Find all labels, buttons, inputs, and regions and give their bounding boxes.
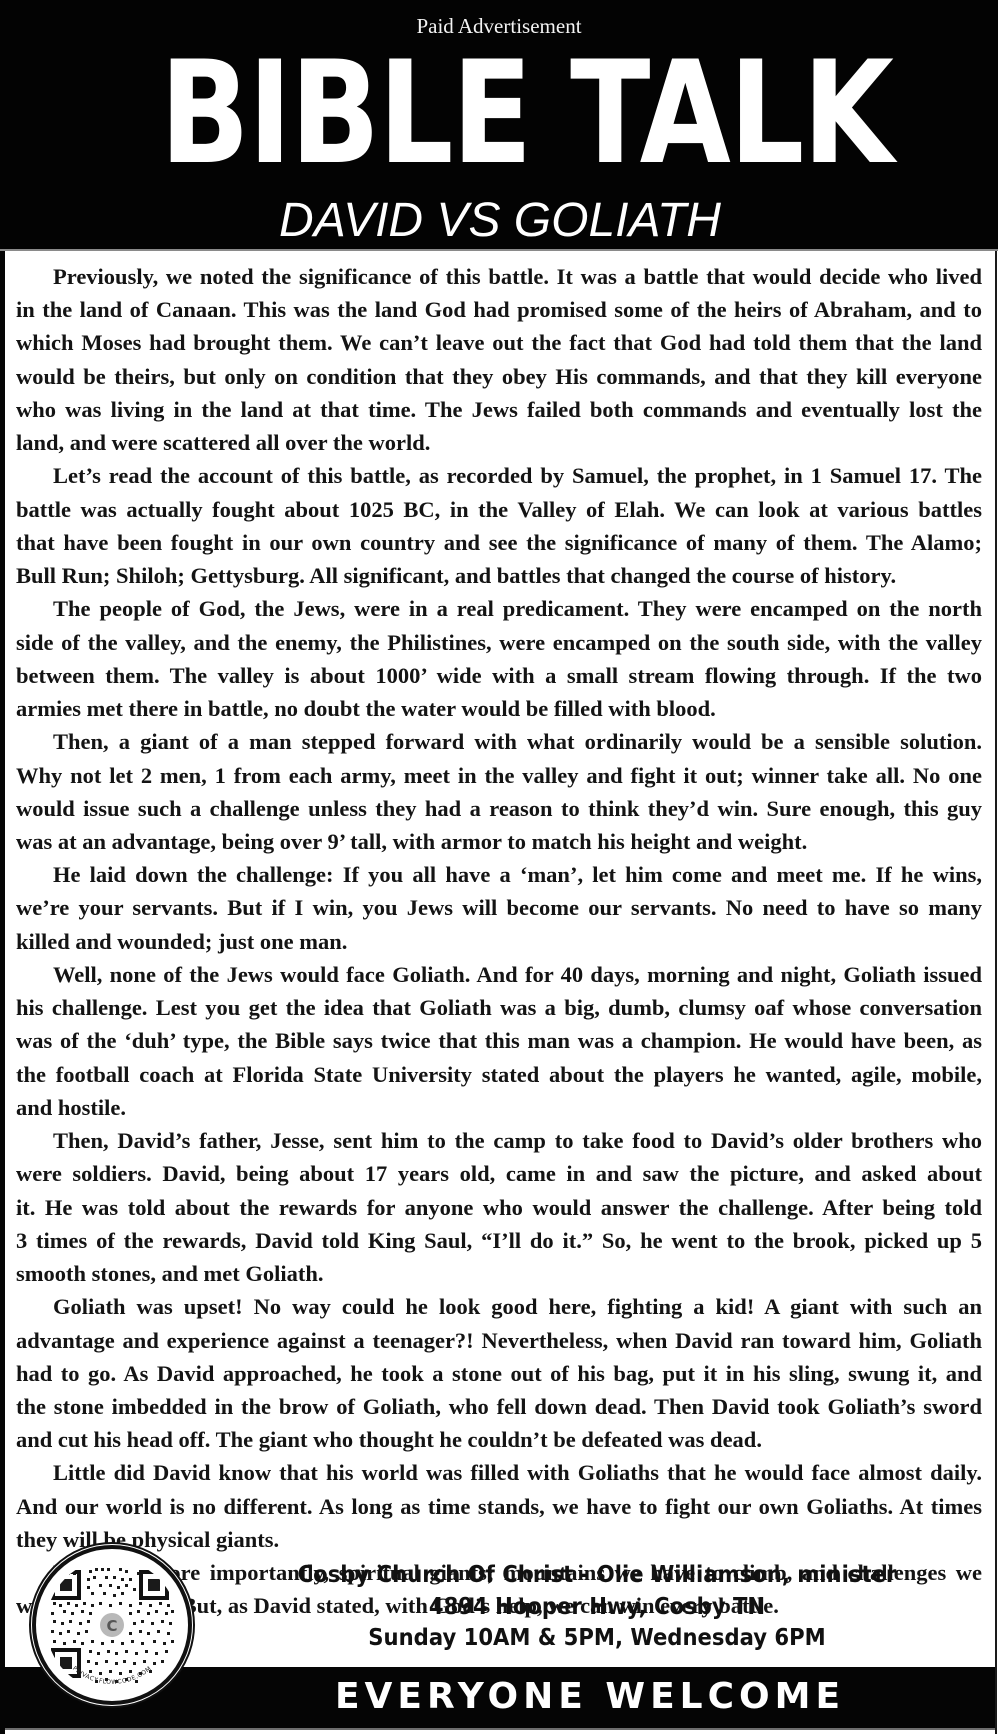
text-line: Bull Run; Shiloh; Gettysburg. All signif… [16, 559, 982, 592]
article-subtitle: DAVID VS GOLIATH [200, 196, 800, 246]
text-line: Little did David know that his world was… [16, 1456, 982, 1489]
text-line: that have been fought in our own country… [16, 526, 982, 559]
text-line: his challenge. Lest you get the idea tha… [16, 991, 982, 1024]
text-line: Let’s read the account of this battle, a… [16, 459, 982, 492]
text-line: and hostile. [16, 1091, 982, 1124]
text-line: armies met there in battle, no doubt the… [16, 692, 982, 725]
text-line: which Moses had brought them. We can’t l… [16, 326, 982, 359]
right-border [995, 0, 1000, 1734]
text-line: land, and were scattered all over the wo… [16, 426, 982, 459]
text-line: and cut his head off. The giant who thou… [16, 1423, 982, 1456]
page-title: BIBLE TALK [160, 44, 842, 184]
article-body: Previously, we noted the significance of… [16, 260, 982, 1623]
text-line: Previously, we noted the significance of… [16, 260, 982, 293]
text-line: The people of God, the Jews, were in a r… [16, 592, 982, 625]
text-line: Well, none of the Jews would face Goliat… [16, 958, 982, 991]
text-line: between them. The valley is about 1000’ … [16, 659, 982, 692]
text-line: the football coach at Florida State Univ… [16, 1058, 982, 1091]
text-line: was of the ‘duh’ type, the Bible says tw… [16, 1024, 982, 1057]
left-border [0, 0, 5, 1734]
text-line: who was living in the land at that time.… [16, 393, 982, 426]
service-times: Sunday 10AM & 5PM, Wednesday 6PM [259, 1623, 934, 1655]
text-line: killed and wounded; just one man. [16, 925, 982, 958]
masthead: Paid Advertisement BIBLE TALK DAVID VS G… [0, 0, 998, 251]
text-line: were soldiers. David, being about 17 yea… [16, 1157, 982, 1190]
text-line: Then, a giant of a man stepped forward w… [16, 725, 982, 758]
text-line: in the land of Canaan. This was the land… [16, 293, 982, 326]
text-line: it. He was told about the rewards for an… [16, 1191, 982, 1224]
text-line: 3 times of the rewards, David told King … [16, 1224, 982, 1257]
text-line: And our world is no different. As long a… [16, 1490, 982, 1523]
text-line: would be theirs, but only on condition t… [16, 360, 982, 393]
text-line: had to go. As David approached, he took … [16, 1357, 982, 1390]
text-line: battle was actually fought about 1025 BC… [16, 493, 982, 526]
text-line: advantage and experience against a teena… [16, 1324, 982, 1357]
text-line: Then, David’s father, Jesse, sent him to… [16, 1124, 982, 1157]
text-line: smooth stones, and met Goliath. [16, 1257, 982, 1290]
welcome-text: EVERYONE WELCOME [200, 1671, 980, 1723]
svg-text:C: C [106, 1617, 117, 1635]
text-line: Goliath was upset! No way could he look … [16, 1290, 982, 1323]
church-address: 4894 Hooper Hwy, Cosby TN [259, 1592, 934, 1624]
text-line: the stone imbedded in the brow of Goliat… [16, 1390, 982, 1423]
church-info: Cosby Church Of Christ - Olie Williamson… [230, 1560, 964, 1655]
church-name: Cosby Church Of Christ - Olie Williamson… [259, 1560, 934, 1592]
text-line: would issue such a challenge unless they… [16, 792, 982, 825]
text-line: He laid down the challenge: If you all h… [16, 858, 982, 891]
text-line: we’re your servants. But if I win, you J… [16, 891, 982, 924]
qr-code-icon[interactable]: C PRIVACY.FLOWCODE.COM [29, 1542, 195, 1708]
text-line: side of the valley, and the enemy, the P… [16, 626, 982, 659]
text-line: Why not let 2 men, 1 from each army, mee… [16, 759, 982, 792]
text-line: was at an advantage, being over 9’ tall,… [16, 825, 982, 858]
